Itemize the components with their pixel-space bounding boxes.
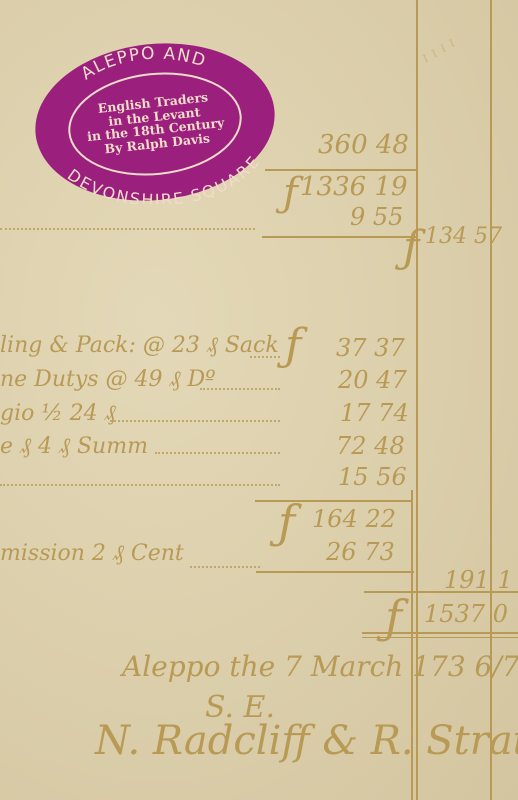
horizontal-rule: [262, 236, 418, 238]
horizontal-rule: [362, 632, 518, 634]
dateline: Aleppo the 7 March 173 6/7: [122, 650, 518, 683]
line-item-text: ne Dutys @ 49 ₰ Dº: [0, 366, 216, 392]
total-1537: 1537 0: [424, 600, 508, 628]
dotted-leader: [0, 228, 255, 230]
commission-amount: 26 73: [326, 538, 395, 566]
dotted-leader: [250, 356, 280, 358]
florin-mark: ƒ: [285, 320, 301, 371]
florin-mark: ƒ: [283, 170, 298, 216]
dotted-leader: [110, 420, 280, 422]
line-item-amount: 15 56: [338, 463, 407, 491]
line-item-amount: 37 37: [336, 334, 405, 362]
signature: N. Radcliff & R. Stratton: [95, 718, 518, 764]
faint-writing: ı ı ı ı: [418, 32, 458, 66]
line-item-amount: 17 74: [340, 399, 409, 427]
commission-text: mission 2 ₰ Cent: [0, 540, 184, 566]
total-191: 191 1: [444, 566, 513, 594]
figure-360: 360 48: [318, 130, 409, 160]
figure-9-55: 9 55: [350, 203, 403, 231]
figure-134: 134 57: [425, 224, 502, 249]
line-item-text: gio ½ 24 ₰: [0, 400, 116, 426]
horizontal-rule: [256, 571, 414, 573]
florin-mark: ƒ: [278, 495, 295, 549]
title-stamp: ALEPPO AND DEVONSHIRE SQUARE English Tra…: [33, 40, 277, 204]
figure-1336: 1336 19: [300, 172, 408, 202]
subtotal-amount: 164 22: [312, 505, 396, 533]
dotted-leader: [155, 452, 280, 454]
line-item-amount: 20 47: [338, 366, 407, 394]
dotted-leader: [0, 484, 280, 486]
dotted-leader: [200, 388, 280, 390]
horizontal-rule: [362, 637, 518, 638]
book-cover: ı ı ı ı 360 48 1336 19 9 55 134 57 ƒ ƒ l…: [0, 0, 518, 800]
dotted-leader: [190, 566, 260, 568]
line-item-text: e ₰ 4 ₰ Summ: [0, 433, 148, 459]
florin-mark: ƒ: [403, 222, 419, 273]
line-item-amount: 72 48: [336, 432, 405, 460]
line-item-text: ling & Pack: @ 23 ₰ Sack: [0, 332, 279, 358]
florin-mark: ƒ: [385, 590, 402, 644]
